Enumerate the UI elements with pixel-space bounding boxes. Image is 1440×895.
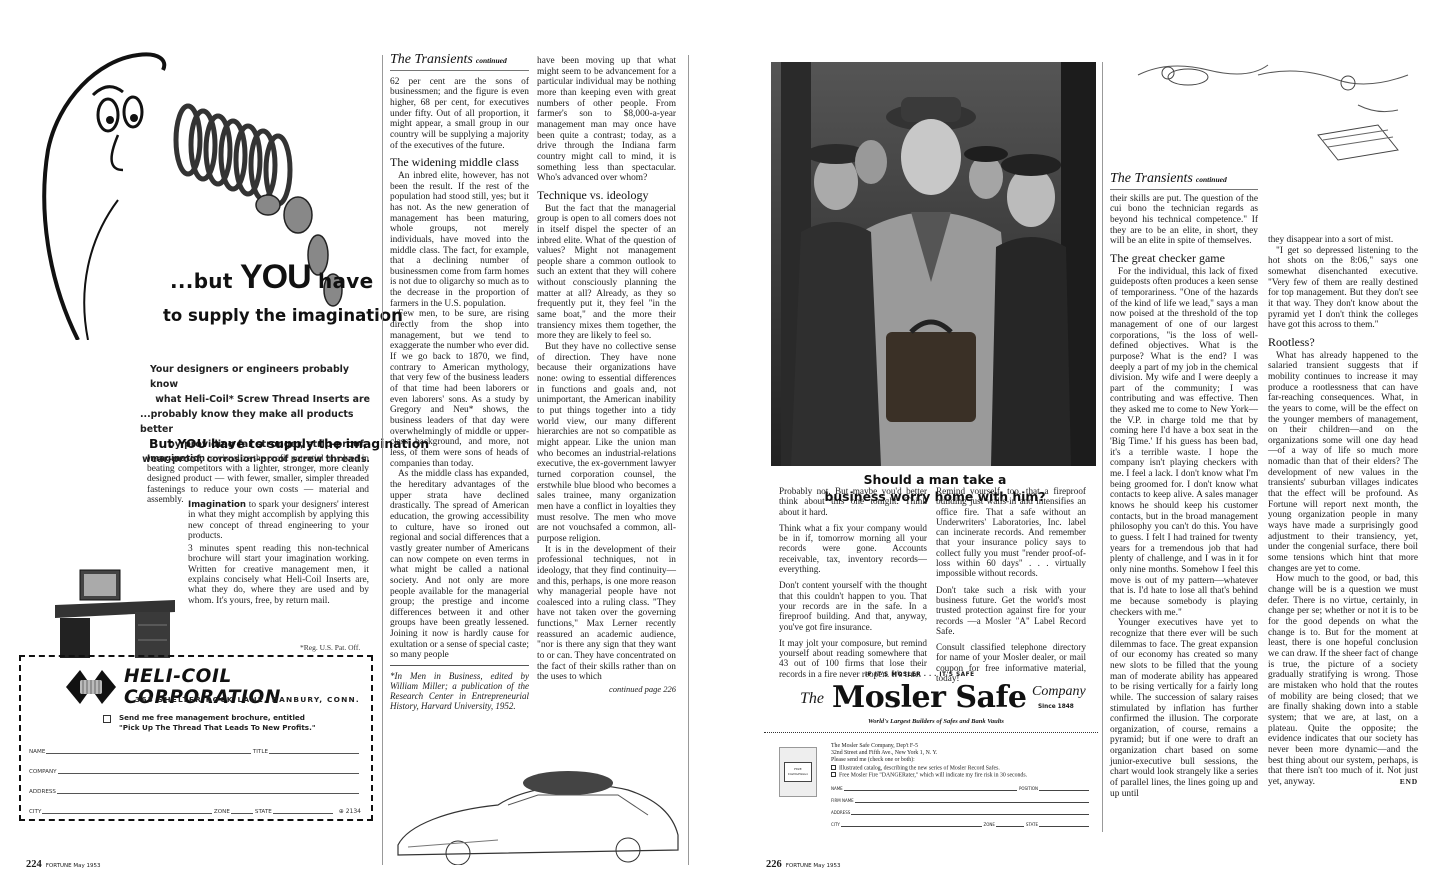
magazine-issue: FORTUNE May 1953 <box>46 863 101 869</box>
ad-paragraph: Don't take such a risk with your busines… <box>936 585 1086 636</box>
city-label: CITY <box>831 821 840 828</box>
mosler-coupon: The Mosler Safe Company, Dep't F-5 32nd … <box>831 743 1091 828</box>
mosler-slogan: IF IT'S MOSLER . . . IT'S SAFE <box>865 672 975 678</box>
offer-title: "Pick Up The Thread That Leads To New Pr… <box>119 723 316 733</box>
name-label: NAME <box>29 749 45 755</box>
paragraph: It is in the development of their profes… <box>537 545 676 684</box>
city-label: CITY <box>29 809 41 815</box>
article-column-2: have been moving up that what might seem… <box>537 56 676 695</box>
right-folio: 226FORTUNE May 1953 <box>766 859 841 870</box>
column-rule <box>1102 62 1103 832</box>
city-row: CITY ZONE STATE <box>831 816 1091 828</box>
address-field[interactable] <box>57 793 359 794</box>
continued-label: continued <box>476 56 507 65</box>
address-field-row: ADDRESS <box>29 785 361 795</box>
heli-coil-logo-icon <box>66 667 116 707</box>
section-heading: Technique vs. ideology <box>537 190 676 201</box>
ad-paragraph: Think what a fix your company would be i… <box>779 523 927 574</box>
footnote: *In Men in Business, edited by William M… <box>390 665 529 711</box>
company-label: COMPANY <box>29 769 57 775</box>
article-header: The Transientscontinued <box>390 55 529 71</box>
paragraph: How much to the good, or bad, this chang… <box>1268 574 1418 786</box>
name-field[interactable] <box>844 790 1017 791</box>
company-field[interactable] <box>58 773 359 774</box>
paragraph: But they have no collective sense of dir… <box>537 342 676 544</box>
headline-suffix: have <box>318 269 374 293</box>
article-title: The Transients <box>390 52 473 67</box>
continued-label: continued <box>1196 175 1227 184</box>
article-column-3: The Transientscontinued their skills are… <box>1110 174 1258 799</box>
address-label: ADDRESS <box>29 789 56 795</box>
section-heading: Rootless? <box>1268 337 1418 348</box>
page-number: 224 <box>26 859 42 870</box>
article-header: The Transientscontinued <box>1110 174 1258 190</box>
dangerater-card-image: FIRE DANGERater <box>779 747 817 797</box>
logo-name: Mosler Safe <box>832 680 1026 715</box>
flying-figures-illustration <box>1108 55 1433 170</box>
dangerater-checkbox[interactable] <box>831 772 836 777</box>
ad-paragraphs: Imagination to spark your designers' int… <box>188 500 369 609</box>
paragraph: their skills are put. The question of th… <box>1110 194 1258 247</box>
paragraph: they disappear into a sort of mist. <box>1268 235 1418 246</box>
city-field-row: CITY ZONE STATE ⊕ 2134 <box>29 805 361 815</box>
mosler-logo: The Mosler Safe Company Since 1848 <box>800 680 1090 720</box>
address-row: ADDRESS <box>831 804 1091 816</box>
name-row: NAME POSITION <box>831 780 1091 792</box>
dangerater-option[interactable]: Free Mosler Fire "DANGERater," which wil… <box>831 772 1091 780</box>
ad-headline-sub: to supply the imagination <box>163 306 403 325</box>
card-text: FIRE DANGERater <box>784 762 812 782</box>
address-field[interactable] <box>851 814 1089 815</box>
ad-paragraph-1: Imagination to visualize the profit pote… <box>147 454 369 505</box>
paragraph: 62 per cent are the sons of businessmen;… <box>390 77 529 152</box>
headline-you: YOU <box>240 258 311 296</box>
union-label-icon: ⊕ 2134 <box>339 808 361 815</box>
address-label: ADDRESS <box>831 809 850 816</box>
article-column-1: The Transientscontinued 62 per cent are … <box>390 55 529 711</box>
firm-row: FIRM NAME <box>831 792 1091 804</box>
ad-paragraph: Don't content yourself with the thought … <box>779 580 927 631</box>
ad-subhead: But YOU have to supply the imagination <box>149 436 429 451</box>
intro-line: what Heli-Coil* Screw Thread Inserts are <box>140 392 370 407</box>
catalog-checkbox[interactable] <box>831 765 836 770</box>
state-label: STATE <box>255 809 272 815</box>
name-field-row: NAME TITLE <box>29 745 361 755</box>
title-field[interactable] <box>269 753 359 754</box>
intro-line: ...probably know they make all products … <box>140 407 370 437</box>
column-rule <box>382 55 383 865</box>
ad-paragraph: Remind yourself, too, that a fireproof b… <box>936 486 1086 579</box>
ad-headline: ...but YOU have <box>170 258 373 297</box>
offer-line: Send me free management brochure, entitl… <box>119 713 316 723</box>
intro-line: Your designers or engineers probably kno… <box>140 362 370 392</box>
logo-company: Company <box>1032 684 1086 700</box>
position-field[interactable] <box>1039 790 1089 791</box>
end-mark: END <box>1392 777 1418 788</box>
paragraph: "I get so depressed listening to the hot… <box>1268 246 1418 331</box>
logo-since: Since 1848 <box>1038 704 1074 710</box>
article-title: The Transients <box>1110 171 1193 186</box>
article-column-4: they disappear into a sort of mist. "I g… <box>1268 235 1418 787</box>
ad-paragraph-3: 3 minutes spent reading this non-technic… <box>188 544 369 606</box>
firm-field[interactable] <box>855 802 1089 803</box>
continued-link[interactable]: continued page 226 <box>537 684 676 695</box>
page-number: 226 <box>766 859 782 870</box>
mosler-copy-column-1: Probably not. But maybe you'd better thi… <box>779 486 927 685</box>
mosler-copy-column-2: Remind yourself, too, that a fireproof b… <box>936 486 1086 689</box>
section-heading: The great checker game <box>1110 253 1258 264</box>
businessmen-elevator-photo <box>771 62 1096 466</box>
coupon-address: 365 SHELTER ROCK LANE, DANBURY, CONN. <box>135 695 360 704</box>
position-label: POSITION <box>1019 785 1038 792</box>
car-illustration <box>388 755 683 865</box>
title-label: TITLE <box>253 749 268 755</box>
paragraph: But the fact that the managerial group i… <box>537 204 676 343</box>
city-field[interactable] <box>42 813 212 814</box>
catalog-option[interactable]: Illustrated catalog, describing the new … <box>831 765 1091 773</box>
paragraph: An inbred elite, however, has not been t… <box>390 171 529 310</box>
paragraph: For the individual, this lack of fixed g… <box>1110 267 1258 619</box>
firm-label: FIRM NAME <box>831 797 854 804</box>
paragraph: Few men, to be sure, are rising directly… <box>390 309 529 469</box>
option-label: Illustrated catalog, describing the new … <box>839 765 1000 771</box>
company-field-row: COMPANY <box>29 765 361 775</box>
section-heading: The widening middle class <box>390 157 529 168</box>
option-label: Free Mosler Fire "DANGERater," which wil… <box>839 773 1027 779</box>
ad-paragraph: Probably not. But maybe you'd better thi… <box>779 486 927 517</box>
mosler-tagline: World's Largest Builders of Safes and Ba… <box>868 718 1004 725</box>
state-label: STATE <box>1026 821 1038 828</box>
zone-field[interactable] <box>996 826 1024 827</box>
magazine-issue: FORTUNE May 1953 <box>786 863 841 869</box>
ad-intro: Your designers or engineers probably kno… <box>140 362 370 467</box>
zone-label: ZONE <box>214 809 230 815</box>
coupon-cut-line <box>764 732 1098 733</box>
paragraph-lead: Imagination <box>147 454 205 464</box>
paragraph-lead: Imagination <box>188 500 246 510</box>
state-field[interactable] <box>273 813 333 814</box>
city-field[interactable] <box>841 826 982 827</box>
zone-field[interactable] <box>231 813 253 814</box>
registered-trademark-note: *Reg. U.S. Pat. Off. <box>300 643 360 652</box>
ad-paragraph-2: Imagination to spark your designers' int… <box>188 500 369 541</box>
brochure-checkbox[interactable] <box>103 715 111 723</box>
name-label: NAME <box>831 785 843 792</box>
headline-prefix: ...but <box>170 269 233 293</box>
logo-the: The <box>800 690 824 708</box>
state-field[interactable] <box>1039 826 1089 827</box>
coupon-offer: Send me free management brochure, entitl… <box>119 713 316 733</box>
name-field[interactable] <box>46 753 250 754</box>
paragraph: As the middle class has expanded, the he… <box>390 469 529 661</box>
left-folio: 224FORTUNE May 1953 <box>26 859 101 870</box>
paragraph: Younger executives have yet to recognize… <box>1110 618 1258 799</box>
coupon-instruction: Please send me (check one or both): <box>831 757 1091 764</box>
paragraph: have been moving up that what might seem… <box>537 56 676 184</box>
desk-illustration <box>50 560 180 660</box>
zone-label: ZONE <box>984 821 995 828</box>
gutter-rule <box>688 55 689 865</box>
heli-coil-coupon: HELI-COIL CORPORATION 365 SHELTER ROCK L… <box>19 655 373 821</box>
paragraph: What has already happened to the salarie… <box>1268 351 1418 575</box>
